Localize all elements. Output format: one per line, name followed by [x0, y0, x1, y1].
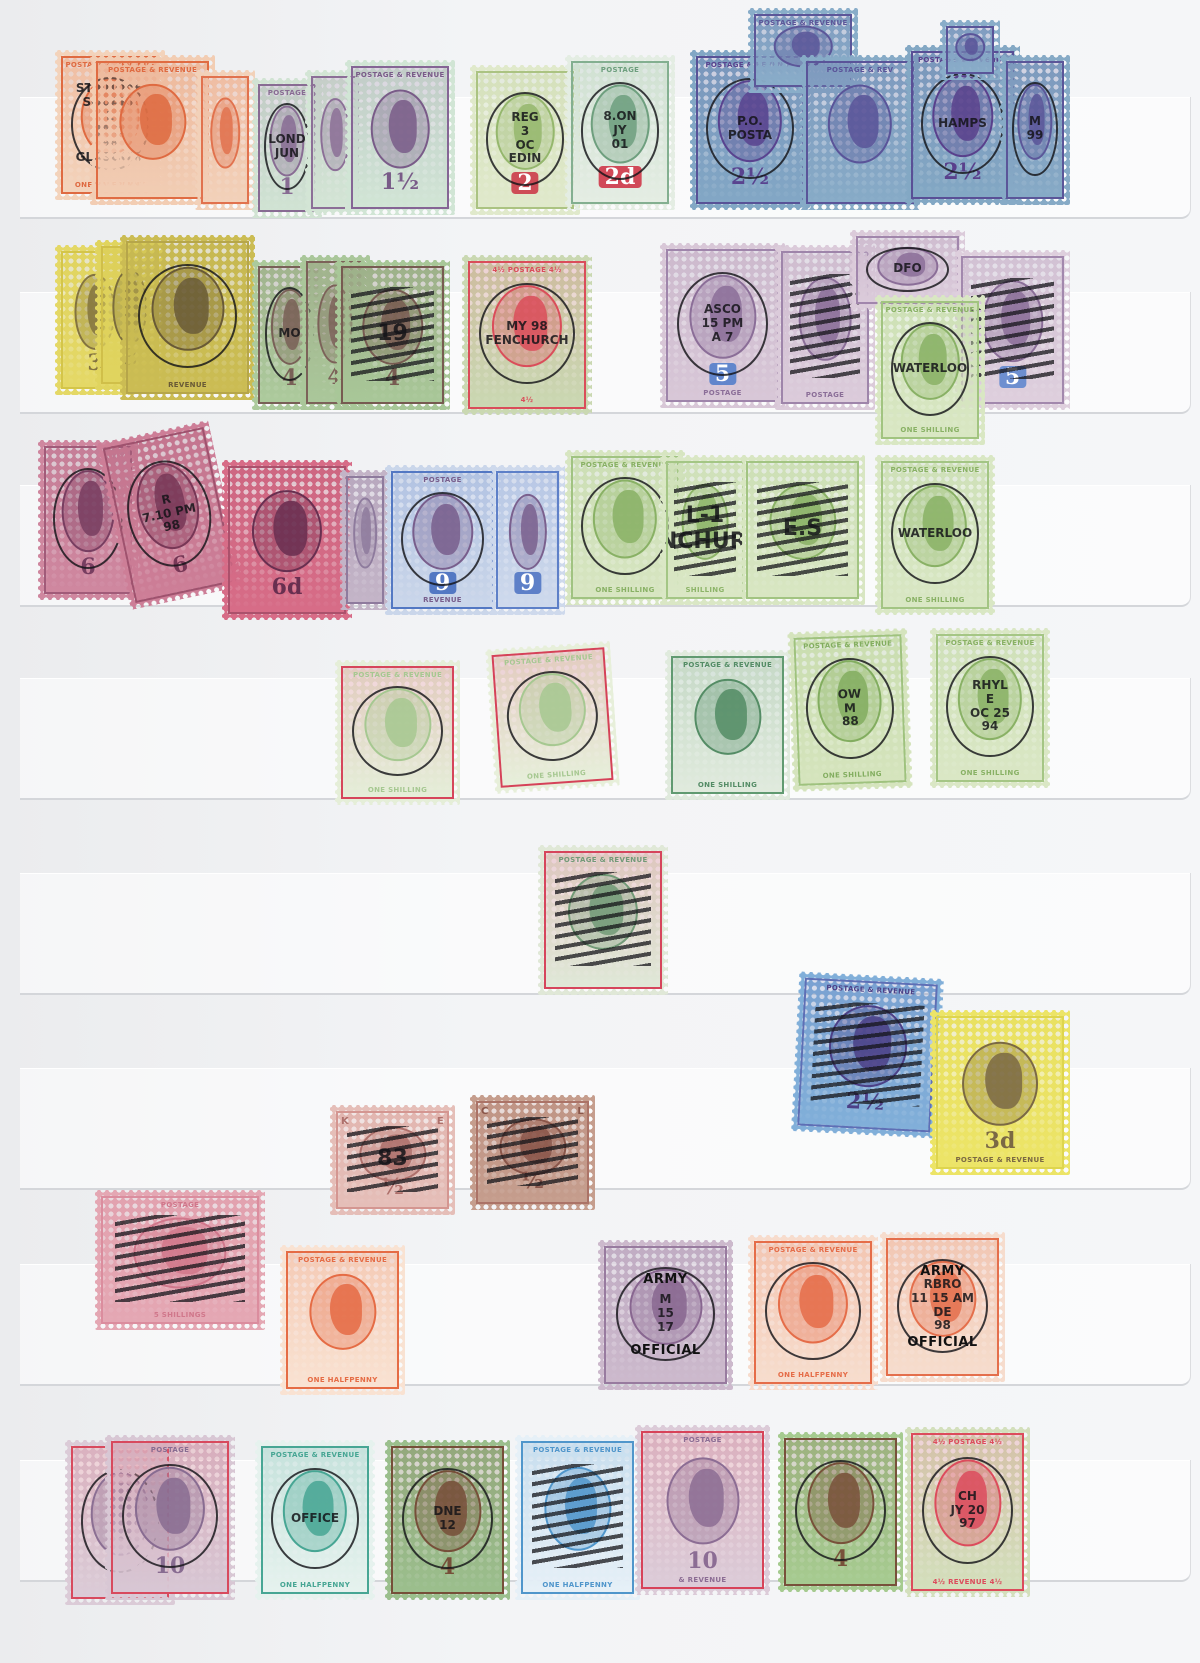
queen-portrait-icon	[273, 501, 307, 556]
stamp-design: POSTAGE& REVENUE10	[641, 1431, 764, 1589]
postmark-cancellation: OFFICE	[271, 1468, 358, 1569]
stamp-one-shilling-green-waterloo-b[interactable]: POSTAGE & REVENUEONE SHILLINGWATERLOO	[875, 455, 995, 615]
stamp-design: POSTAGE & REVENUE	[544, 851, 662, 989]
postmark-cancellation	[401, 492, 484, 586]
stamp-design: ½CL	[476, 1101, 589, 1204]
stamp-one-shilling-green-rhyl[interactable]: POSTAGE & REVENUEONE SHILLINGRHYL E OC 2…	[930, 628, 1050, 788]
stamp-top-label: POSTAGE	[573, 66, 667, 74]
postmark-cancellation	[138, 264, 238, 368]
stamp-four-green-brown-c[interactable]: 419	[335, 260, 450, 410]
stamp-top-label: POSTAGE & REVENUE	[796, 639, 900, 651]
stamp-four-green-brown-single-b[interactable]: 4	[778, 1432, 903, 1592]
stamp-design: 9	[496, 471, 559, 609]
queen-portrait-icon	[389, 100, 417, 153]
stamp-design: 6d	[228, 466, 346, 614]
stamp-nine-purple-blue-c[interactable]: 9	[490, 465, 565, 615]
stamp-two-half-purple-blue-c[interactable]: POSTAGE & REV	[800, 55, 920, 210]
stamp-bottom-label: ONE SHILLING	[343, 786, 452, 794]
stamp-design: POSTAGE & REVENUE1½	[351, 66, 449, 209]
postmark-cancellation: 8.ON JY 01	[581, 82, 660, 179]
stockbook-page: POSTAGE & REVENUEONE HALFPENNYST ENOCH S…	[0, 0, 1200, 1663]
stamp-top-label: POSTAGE & REVENUE	[98, 66, 207, 74]
stamp-design: E.S	[746, 461, 859, 599]
stamp-bottom-label: ONE SHILLING	[673, 781, 782, 789]
stamp-design: POSTAGE & REVENUE3d	[936, 1016, 1064, 1169]
postmark-cancellation: DNE 12	[402, 1468, 494, 1569]
postmark-cancellation	[555, 872, 651, 966]
stamp-one-shilling-green-c[interactable]: SHILLINGL-1 FENCHURCH	[660, 455, 750, 605]
stamp-design	[346, 476, 384, 604]
stamp-top-label: POSTAGE & REVENUE	[546, 856, 660, 864]
stamp-design: ARMYOFFICIALRBRO 11 15 AM DE 98	[886, 1238, 999, 1376]
stamp-ten-purple-carmine-b[interactable]: POSTAGE10	[105, 1435, 235, 1600]
postmark-cancellation	[811, 1000, 924, 1106]
postmark-cancellation	[532, 1464, 624, 1568]
stamp-bottom-label: 4½ REVENUE 4½	[913, 1578, 1022, 1586]
postmark-cancellation	[581, 477, 668, 574]
stamp-nine-purple-blue-a[interactable]	[340, 470, 390, 610]
stamp-bottom-label: ONE SHILLING	[502, 767, 611, 783]
stamp-design	[201, 76, 249, 204]
stamp-five-purple-blue-a[interactable]: POSTAGE5ASCO 15 PM A 7	[660, 243, 785, 408]
postmark-cancellation: P.O. POSTA	[706, 78, 793, 179]
stamp-half-penny-rose-red-plate-a[interactable]: ½KE83	[330, 1105, 455, 1215]
stamp-top-label: POSTAGE	[113, 1446, 227, 1454]
postmark-cancellation: WATERLOO	[891, 483, 978, 584]
stamp-bottom-label: ONE HALFPENNY	[756, 1371, 870, 1379]
stamp-design	[946, 26, 994, 74]
stamp-bottom-label: ONE HALFPENNY	[263, 1581, 367, 1589]
stamp-four-half-green-carmine[interactable]: 4½ POSTAGE 4½4½MY 98 FENCHURCH	[462, 255, 592, 415]
stamp-design: POSTAGE & REVENUE2½	[797, 978, 938, 1133]
stamp-top-label: POSTAGE & REVENUE	[343, 671, 452, 679]
queen-portrait-icon	[688, 1469, 724, 1528]
stamp-top-label: POSTAGE & REVENUE	[673, 661, 782, 669]
postmark-cancellation: R 7.10 PM 98	[117, 452, 221, 575]
stamp-half-penny-rose-red-plate-b[interactable]: ½CL	[470, 1095, 595, 1210]
postmark-cancellation: RBRO 11 15 AM DE 98	[897, 1259, 989, 1353]
postmark-cancellation	[795, 1460, 887, 1561]
queen-portrait-icon	[361, 507, 371, 554]
stamp-design: POSTAGE & REVENUEONE HALFPENNY	[521, 1441, 634, 1594]
stamp-bottom-label: POSTAGE	[783, 391, 867, 399]
stamp-top-label: POSTAGE	[643, 1436, 762, 1444]
postmark-cancellation: RHYL E OC 25 94	[946, 656, 1033, 757]
queen-portrait-icon	[520, 504, 538, 555]
corner-letters: CL	[478, 1106, 587, 1117]
stamp-one-shilling-green-waterloo-a[interactable]: POSTAGE & REVENUEONE SHILLINGWATERLOO	[875, 295, 985, 445]
stamp-design: POSTAGEREVENUE9	[391, 471, 494, 609]
stamp-top-label: POSTAGE & REVENUE	[756, 19, 850, 27]
stamp-top-label: POSTAGE	[393, 476, 492, 484]
stamp-design: POSTAGE & REVENUEONE SHILLING	[341, 666, 454, 799]
stamp-bottom-label: SHILLING	[668, 586, 742, 594]
postmark-cancellation: DFO	[866, 247, 949, 292]
stamp-denomination: 10	[681, 1550, 724, 1572]
stamp-bottom-label: ONE SHILLING	[883, 596, 987, 604]
stamp-top-label: POSTAGE & REVENUE	[883, 466, 987, 474]
stamp-design: SHILLINGL-1 FENCHURCH	[666, 461, 744, 599]
stamp-design: POSTAGE & REVENUEONE SHILLINGWATERLOO	[881, 301, 979, 439]
stamp-one-penny-lilac-army-official[interactable]: ARMYOFFICIALM 15 17	[598, 1240, 733, 1390]
stamp-bottom-label: & REVENUE	[643, 1576, 762, 1584]
stamp-design: POSTAGE & REVENUEONE SHILLINGOW M 88	[793, 634, 906, 786]
stamp-top-label: POSTAGE & REVENUE	[353, 71, 447, 79]
stamp-one-shilling-green-d[interactable]: E.S	[740, 455, 865, 605]
stamp-design: POSTAGE2d8.ON JY 01	[571, 61, 669, 204]
stamp-design: POSTAGE & REVENUE	[96, 61, 209, 199]
stamp-denomination: 9	[514, 572, 541, 594]
stamp-half-vermilion-c[interactable]	[195, 70, 255, 210]
stamp-five-shillings-rose[interactable]: POSTAGE5 SHILLINGS	[95, 1190, 265, 1330]
stamp-two-green-carmine-a[interactable]: 2REG 3 OC EDIN	[470, 65, 580, 215]
stamp-top-label: POSTAGE & REV	[808, 66, 912, 74]
stamp-design: POSTAGE5ASCO 15 PM A 7	[666, 249, 779, 402]
stamp-bottom-label: 5 SHILLINGS	[103, 1311, 257, 1319]
stamp-design: POSTAGE & REVENUEONE SHILLING	[491, 647, 613, 788]
stamp-bottom-label: ONE HALFPENNY	[288, 1376, 397, 1384]
stamp-one-shilling-green-carmine-b[interactable]: POSTAGE & REVENUEONE SHILLING	[485, 641, 620, 794]
queen-portrait-icon	[714, 689, 747, 740]
stamp-six-purple-red-c[interactable]: 6d	[222, 460, 352, 620]
stamp-half-blue-green[interactable]: POSTAGE & REVENUEONE HALFPENNYOFFICE	[255, 1440, 375, 1600]
postmark-cancellation: OW M 88	[805, 657, 896, 761]
stamp-top-label: 4½ POSTAGE 4½	[913, 1438, 1022, 1446]
stamp-four-half-green-carmine-single[interactable]: 4½ POSTAGE 4½4½ REVENUE 4½CH JY 20 97	[905, 1427, 1030, 1597]
stamp-top-label: POSTAGE	[103, 1201, 257, 1209]
stamp-top-label: POSTAGE & REVENUE	[806, 983, 935, 998]
stamp-design: POSTAGE & REVENUEONE HALFPENNYOFFICE	[261, 1446, 369, 1594]
postmark-cancellation: CH JY 20 97	[922, 1457, 1014, 1565]
stamp-half-blue[interactable]: POSTAGE & REVENUEONE HALFPENNY	[515, 1435, 640, 1600]
postmark-cancellation: 83	[347, 1126, 439, 1192]
stamp-denomination: 3d	[979, 1130, 1022, 1152]
postmark-cancellation	[487, 1117, 579, 1186]
stamp-three-purple-yellow-single[interactable]: POSTAGE & REVENUE3d	[930, 1010, 1070, 1175]
stamp-design: REVENUE	[126, 241, 249, 394]
postmark-cancellation	[765, 1262, 861, 1359]
stamp-design: POSTAGE & REVENUEONE SHILLING	[671, 656, 784, 794]
stamp-denomination: 1½	[375, 171, 425, 193]
stamp-three-purple-yellow-c[interactable]: REVENUE	[120, 235, 255, 400]
stamp-design: POSTAGE & REVENUEONE HALFPENNY	[754, 1241, 872, 1384]
stamp-design: 4½ POSTAGE 4½4½MY 98 FENCHURCH	[468, 261, 586, 409]
stamp-bottom-label: ONE SHILLING	[883, 426, 977, 434]
stamp-design: 419	[341, 266, 444, 404]
stamp-design: 4½ POSTAGE 4½4½ REVENUE 4½CH JY 20 97	[911, 1433, 1024, 1591]
stamp-one-shilling-green-carmine-c[interactable]: POSTAGE & REVENUE	[538, 845, 668, 995]
stamp-one-shilling-green-carmine-a[interactable]: POSTAGE & REVENUEONE SHILLING	[335, 660, 460, 805]
stamp-top-label: POSTAGE & REVENUE	[938, 639, 1042, 647]
stamp-design: M 99	[1006, 61, 1064, 199]
stamp-one-shilling-green-violet[interactable]: POSTAGE & REVENUEONE SHILLING	[665, 650, 790, 800]
stamp-bottom-label: ONE SHILLING	[800, 769, 904, 781]
stamp-design: ½KE83	[336, 1111, 449, 1209]
postmark-cancellation: M 15 17	[616, 1267, 716, 1361]
stamp-design: DFO	[856, 236, 959, 304]
stamp-bottom-label: ONE SHILLING	[938, 769, 1042, 777]
stamp-half-vermilion-used[interactable]: POSTAGE & REVENUEONE HALFPENNY	[748, 1235, 878, 1390]
queen-portrait-icon	[848, 95, 879, 148]
postmark-cancellation	[122, 1464, 218, 1568]
stamp-bottom-label: POSTAGE & REVENUE	[938, 1156, 1062, 1164]
stamp-bottom-label: 4½	[470, 396, 584, 404]
postmark-cancellation: ASCO 15 PM A 7	[677, 272, 769, 376]
stamp-design: ARMYOFFICIALM 15 17	[604, 1246, 727, 1384]
queen-portrait-icon	[220, 107, 233, 154]
stamp-design: POSTAGE5 SHILLINGS	[101, 1196, 259, 1324]
stamp-bottom-label: ONE HALFPENNY	[523, 1581, 632, 1589]
stamp-four-green-brown-single-a[interactable]: 4DNE 12	[385, 1440, 510, 1600]
postmark-cancellation: HAMPS	[921, 73, 1004, 174]
stamp-two-half-purple-blue-f[interactable]: M 99	[1000, 55, 1070, 205]
stamp-top-label: POSTAGE & REVENUE	[288, 1256, 397, 1264]
postmark-cancellation	[352, 686, 444, 776]
stamp-bottom-label: REVENUE	[393, 596, 492, 604]
queen-portrait-icon	[139, 94, 172, 145]
postmark-cancellation: REG 3 OC EDIN	[486, 92, 565, 186]
stamp-half-vermilion-army-official[interactable]: ARMYOFFICIALRBRO 11 15 AM DE 98	[880, 1232, 1005, 1382]
postmark-cancellation	[504, 668, 602, 764]
stamp-design: POSTAGE & REV	[806, 61, 914, 204]
postmark-cancellation: WATERLOO	[891, 322, 970, 416]
stamp-top-label: POSTAGE & REVENUE	[494, 652, 603, 668]
stamp-design: POSTAGE & REVENUEONE HALFPENNY	[286, 1251, 399, 1389]
stamp-top-label: POSTAGE & REVENUE	[756, 1246, 870, 1254]
queen-portrait-icon	[330, 108, 343, 157]
stamp-one-half-purple-green-c[interactable]: POSTAGE & REVENUE1½	[345, 60, 455, 215]
stamp-top-label: POSTAGE & REVENUE	[263, 1451, 367, 1459]
stamp-top-label: 4½ POSTAGE 4½	[470, 266, 584, 274]
postmark-cancellation: MY 98 FENCHURCH	[479, 283, 575, 384]
queen-portrait-icon	[965, 38, 978, 55]
stamp-half-vermilion-mint[interactable]: POSTAGE & REVENUEONE HALFPENNY	[280, 1245, 405, 1395]
stamp-two-green-carmine-b[interactable]: POSTAGE2d8.ON JY 01	[565, 55, 675, 210]
stamp-nine-purple-blue-b[interactable]: POSTAGEREVENUE9	[385, 465, 500, 615]
postmark-cancellation	[115, 1215, 244, 1302]
stamp-design: 4	[784, 1438, 897, 1586]
stamp-ten-purple-carmine-c[interactable]: POSTAGE& REVENUE10	[635, 1425, 770, 1595]
stamp-one-shilling-green-row-d[interactable]: POSTAGE & REVENUEONE SHILLINGOW M 88	[787, 628, 913, 792]
stamp-top-label: POSTAGE & REVENUE	[883, 306, 977, 314]
postmark-cancellation: 19	[351, 287, 434, 381]
postmark-cancellation: E.S	[757, 482, 849, 576]
stamp-design: POSTAGE & REVENUEONE SHILLINGWATERLOO	[881, 461, 989, 609]
stamp-design: 4DNE 12	[391, 1446, 504, 1594]
queen-portrait-icon	[329, 1284, 362, 1335]
postmark-cancellation: L-1 FENCHURCH	[674, 482, 736, 576]
queen-portrait-icon	[985, 1052, 1022, 1109]
stamp-bottom-label: POSTAGE	[668, 389, 777, 397]
postmark-cancellation: LOND JUN	[264, 103, 309, 190]
stamp-two-half-purple-blue-e[interactable]	[940, 20, 1000, 80]
postmark-cancellation: M 99	[1012, 82, 1057, 176]
stamp-design: 2REG 3 OC EDIN	[476, 71, 574, 209]
stamp-design: POSTAGE & REVENUEONE SHILLINGRHYL E OC 2…	[936, 634, 1044, 782]
stamp-denomination: 6d	[266, 576, 309, 598]
stamp-two-half-purple-blue-single[interactable]: POSTAGE & REVENUE2½	[791, 971, 944, 1138]
stamp-top-label: POSTAGE & REVENUE	[523, 1446, 632, 1454]
stamp-bottom-label: REVENUE	[128, 381, 247, 389]
stamp-design: POSTAGE10	[111, 1441, 229, 1594]
